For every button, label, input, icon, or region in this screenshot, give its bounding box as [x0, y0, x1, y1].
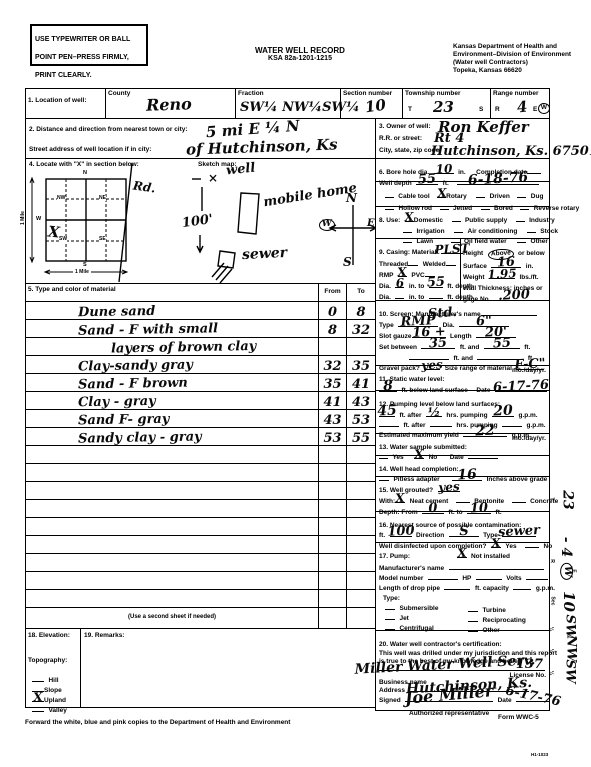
material-text: Dune sand: [26, 305, 155, 320]
margin-quarter-label: ¼: [548, 671, 554, 675]
sewer-label: sewer: [242, 246, 288, 262]
to-value: 8: [356, 306, 365, 319]
to-header: To: [357, 288, 364, 296]
to-value: 41: [352, 378, 370, 391]
business-name-blank: Miller Water Well Serv.137: [379, 664, 545, 671]
authorized-rep-label: Authorized representative: [409, 710, 489, 717]
compass-s: S: [343, 256, 352, 268]
township-t: T: [408, 106, 412, 114]
section-20-certification: 20. Water well contractor's certificatio…: [375, 630, 550, 711]
sewer-box: [218, 251, 235, 268]
measure-arrow: [197, 235, 203, 252]
from-value: 35: [323, 378, 341, 391]
compass-n: N: [346, 192, 357, 204]
material-text: Sandy clay - gray: [26, 430, 202, 446]
cell-distance-direction: 2. Distance and direction from nearest t…: [25, 118, 376, 159]
material-footer-row: (Use a second sheet if needed): [26, 608, 375, 628]
grid-ne-label: NE: [99, 195, 106, 201]
section-11-static-level: 11. Static water level:mo./day/yr. 8 ft.…: [375, 365, 550, 391]
topography-label: Topography:: [28, 657, 67, 665]
grid-south-label: S: [83, 262, 87, 268]
margin-quarter-label: ¼: [548, 627, 554, 631]
to-value: 43: [352, 396, 370, 409]
material-row: Sand - F brown 35 41: [26, 374, 375, 392]
road-label: Rd.: [132, 179, 156, 194]
to-value: 53: [352, 414, 370, 427]
county-value: Reno: [146, 96, 192, 114]
material-text: Sand - F brown: [26, 377, 188, 393]
material-text: Clay-sandy gray: [26, 359, 193, 375]
instruction-box: USE TYPEWRITER OR BALL POINT PEN–PRESS F…: [30, 24, 148, 66]
elevation-label: 18. Elevation:: [28, 632, 70, 640]
margin-sec-label: Sec: [549, 597, 555, 606]
material-row-empty: [26, 446, 375, 464]
mile-vertical-label: 1 Mile: [20, 211, 26, 225]
range-r: R: [495, 106, 500, 114]
material-row: Sandy clay - gray 53 55: [26, 428, 375, 446]
section-6-bore-hole: 6. Bore hole dia. 10 in. Completion date…: [375, 158, 550, 182]
margin-section-value: 10: [561, 591, 576, 612]
grid-se-label: SE: [99, 236, 106, 242]
from-value: 0: [328, 306, 337, 319]
valley-label: Valley: [48, 707, 66, 714]
section-number-value: 10: [364, 98, 387, 116]
owner-label: 3. Owner of well:: [379, 123, 431, 131]
material-row-empty: [26, 464, 375, 482]
material-text: layers of brown clay: [26, 340, 256, 357]
cell-township-number: Township number T 23 S: [402, 88, 491, 119]
material-row-empty: [26, 482, 375, 500]
material-text: Sand - F with small: [26, 322, 218, 338]
to-value: 55: [352, 432, 370, 445]
section-8-use: 8. Use: XDomestic Public supply Industry…: [375, 206, 550, 239]
township-value: 23: [433, 100, 454, 115]
from-value: 8: [328, 324, 337, 337]
margin-t-label: T: [549, 497, 555, 500]
cell-county: County Reno: [105, 88, 236, 119]
compass-e: E: [367, 219, 375, 229]
second-sheet-note: (Use a second sheet if needed): [128, 614, 216, 622]
print-code: H1-1023: [531, 752, 548, 757]
margin-range-value: - 4: [559, 537, 573, 557]
cell-range-number: Range number R 4 E W: [490, 88, 550, 119]
street-value: of Hutchinson, Ks: [186, 137, 338, 157]
fraction-label: Fraction: [236, 89, 340, 99]
section-10-screen: 10. Screen: Manufacturer's name Std. Typ…: [375, 300, 550, 366]
mile-horizontal-label: 1 Mile: [73, 269, 91, 275]
material-row: Clay-sandy gray 32 35: [26, 356, 375, 374]
form-title-block: WATER WELL RECORD KSA 82a-1201-1215: [225, 46, 375, 64]
distance-label: 2. Distance and direction from nearest t…: [29, 126, 188, 134]
material-header-row: 5. Type and color of material From To: [26, 284, 375, 302]
cell-location-of-well: 1. Location of well:: [25, 88, 106, 119]
section-19-remarks: 19. Remarks:: [80, 628, 376, 708]
well-x-mark: ×: [208, 172, 218, 184]
forward-note: Forward the white, blue and pink copies …: [25, 719, 290, 727]
agency-line: (Water well Contractors): [453, 59, 588, 67]
section-16-contamination: 16. Nearest source of possible contamina…: [375, 511, 550, 543]
well-label: well: [225, 162, 256, 178]
cell-section-number: Section number 10: [340, 88, 403, 119]
from-value: 32: [323, 360, 341, 373]
grid-x-mark: X: [47, 224, 60, 240]
material-text: Clay - gray: [26, 395, 156, 410]
to-value: 35: [352, 360, 370, 373]
section-9-casing: 9. Casing: Material PLSTHeight Above or …: [375, 238, 550, 301]
cell-fraction: Fraction SW¼ NW¼SW¼: [235, 88, 341, 119]
margin-quarter-value: SW: [564, 660, 577, 684]
material-row-empty: [26, 500, 375, 518]
material-label: 5. Type and color of material: [26, 284, 118, 296]
section-13-water-sample: 13. Water sample submitted:mo./day/yr. Y…: [375, 433, 550, 456]
margin-quarter-value: NW: [565, 635, 578, 661]
section-12-pumping-level: 12. Pumping level below land surfaces: 4…: [375, 390, 550, 434]
dia2-blank: [395, 292, 404, 299]
city-value: Hutchinson, Ks. 67501: [431, 145, 591, 158]
section-5-material-table: 5. Type and color of material From To Du…: [25, 283, 376, 629]
township-s: S: [479, 106, 483, 114]
margin-e-label: E: [571, 569, 577, 572]
from-value: 53: [323, 432, 341, 445]
valley-blank: [32, 705, 44, 712]
location-label: 1. Location of well:: [26, 89, 105, 113]
water-well-record-form: USE TYPEWRITER OR BALL POINT PEN–PRESS F…: [0, 0, 591, 767]
margin-township-value: 23: [561, 490, 575, 509]
section-15-grouted: 15. Well grouted? yes With:X Neat cement…: [375, 476, 550, 512]
section-grid: [30, 178, 127, 274]
cell-owner: 3. Owner of well: R.R. or street: City, …: [375, 118, 550, 159]
centrifugal-blank: [385, 623, 395, 630]
grid-north-label: N: [83, 170, 87, 176]
range-value: 4: [516, 99, 528, 115]
depth2-blank: [429, 292, 443, 299]
sample-unit-label: mo./day/yr.: [512, 435, 546, 443]
grid-sw-label: SW: [59, 236, 67, 242]
agency-line: Topeka, Kansas 66620: [453, 67, 588, 75]
material-row-empty: [26, 590, 375, 608]
material-row-empty: [26, 536, 375, 554]
static-unit-label: mo./day/yr.: [512, 367, 546, 375]
sign-date-blank: 6-17-76: [516, 695, 550, 702]
grid-nw-label: NW: [57, 195, 65, 201]
form-number: Form WWC-5: [498, 714, 539, 722]
section-17-pump: 17. Pump: X Not installed Manufacturer's…: [375, 542, 550, 631]
locate-label: 4. Locate with "X" in section below:: [29, 161, 139, 169]
material-row-empty: [26, 518, 375, 536]
material-row-empty: [26, 554, 375, 572]
agency-line: Environment–Division of Environment: [453, 51, 588, 59]
remarks-label: 19. Remarks:: [84, 632, 124, 640]
material-row: Sand F- gray 43 53: [26, 410, 375, 428]
material-row-empty: [26, 572, 375, 590]
agency-line: Kansas Department of Health and: [453, 43, 588, 51]
from-value: 41: [323, 396, 341, 409]
material-row: layers of brown clay: [26, 338, 375, 356]
to-value: 32: [352, 324, 370, 337]
license-value: 137: [516, 658, 543, 671]
instruction-text: USE TYPEWRITER OR BALL POINT PEN–PRESS F…: [35, 36, 130, 79]
section-7-drill-method: Cable tool XRotary Driven Dug Hollow rod…: [375, 181, 550, 207]
from-value: 43: [323, 414, 341, 427]
mobile-home-outline: [238, 193, 259, 234]
material-row: Dune sand 0 8: [26, 302, 375, 320]
material-row: Clay - gray 41 43: [26, 392, 375, 410]
signature-blank: Joe Miller: [405, 695, 493, 702]
range-w-circled: W: [538, 103, 551, 115]
material-row: Sand - F with small 8 32: [26, 320, 375, 338]
margin-r-label: R: [549, 559, 555, 563]
rr-label: R.R. or street:: [379, 135, 422, 143]
material-text: Sand F- gray: [26, 413, 170, 429]
form-statute: KSA 82a-1201-1215: [225, 55, 375, 64]
sewer-hatch: [212, 263, 232, 283]
section-4-locate: 4. Locate with "X" in section below: Ske…: [25, 158, 376, 284]
margin-quarter-label: ¼: [548, 649, 554, 653]
from-header: From: [324, 288, 340, 296]
section-14-well-head: 14. Well head completion: Pitless adapte…: [375, 455, 550, 477]
street-label: Street address of well location if in ci…: [29, 146, 151, 154]
grid-west-label: W: [36, 216, 41, 222]
form-title: WATER WELL RECORD: [225, 46, 375, 55]
range-e: E: [533, 106, 537, 114]
section-18-elevation: 18. Elevation: Topography: Hill Slope XU…: [25, 628, 81, 708]
agency-block: Kansas Department of Health and Environm…: [453, 43, 588, 76]
